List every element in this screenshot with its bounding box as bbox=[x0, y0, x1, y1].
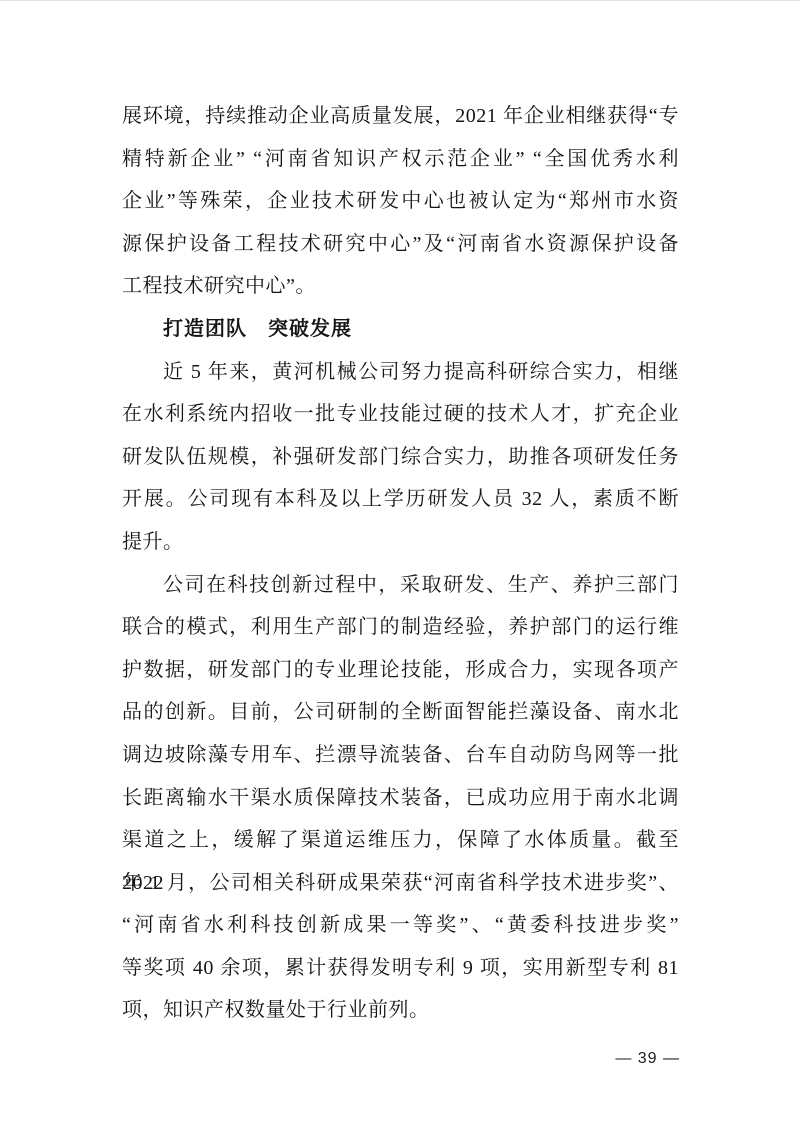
body-line: 企业”等殊荣，企业技术研发中心也被认定为“郑州市水资 bbox=[122, 180, 679, 223]
body-line: 源保护设备工程技术研究中心”及“河南省水资源保护设备 bbox=[122, 223, 679, 266]
document-page: 展环境，持续推动企业高质量发展，2021 年企业相继获得“专 精特新企业” “河… bbox=[0, 0, 800, 1132]
body-line: 等奖项 40 余项，累计获得发明专利 9 项，实用新型专利 81 bbox=[122, 947, 679, 990]
body-line: 品的创新。目前，公司研制的全断面智能拦藻设备、南水北 bbox=[122, 691, 679, 734]
body-line: 调边坡除藻专用车、拦漂导流装备、台车自动防鸟网等一批 bbox=[122, 734, 679, 777]
body-line: 年 1 月，公司相关科研成果荣获“河南省科学技术进步奖”、 bbox=[122, 862, 679, 905]
section-heading: 打造团队 突破发展 bbox=[122, 308, 679, 351]
body-line: 工程技术研究中心”。 bbox=[122, 265, 679, 308]
body-line: 在水利系统内招收一批专业技能过硬的技术人才，扩充企业 bbox=[122, 393, 679, 436]
body-line: 近 5 年来，黄河机械公司努力提高科研综合实力，相继 bbox=[122, 351, 679, 394]
body-line: 公司在科技创新过程中，采取研发、生产、养护三部门 bbox=[122, 564, 679, 607]
body-line: “河南省水利科技创新成果一等奖”、“黄委科技进步奖” bbox=[122, 904, 679, 947]
body-line: 展环境，持续推动企业高质量发展，2021 年企业相继获得“专 bbox=[122, 95, 679, 138]
body-line: 渠道之上，缓解了渠道运维压力，保障了水体质量。截至 2022 bbox=[122, 819, 679, 862]
body-line: 长距离输水干渠水质保障技术装备，已成功应用于南水北调 bbox=[122, 777, 679, 820]
page-number: — 39 — bbox=[615, 1048, 680, 1070]
document-body: 展环境，持续推动企业高质量发展，2021 年企业相继获得“专 精特新企业” “河… bbox=[122, 95, 679, 1032]
body-line: 联合的模式，利用生产部门的制造经验，养护部门的运行维 bbox=[122, 606, 679, 649]
body-line: 精特新企业” “河南省知识产权示范企业” “全国优秀水利 bbox=[122, 138, 679, 181]
body-line: 护数据，研发部门的专业理论技能，形成合力，实现各项产 bbox=[122, 649, 679, 692]
body-line: 研发队伍规模，补强研发部门综合实力，助推各项研发任务 bbox=[122, 436, 679, 479]
body-line: 项，知识产权数量处于行业前列。 bbox=[122, 989, 679, 1032]
body-line: 开展。公司现有本科及以上学历研发人员 32 人，素质不断 bbox=[122, 478, 679, 521]
body-line: 提升。 bbox=[122, 521, 679, 564]
